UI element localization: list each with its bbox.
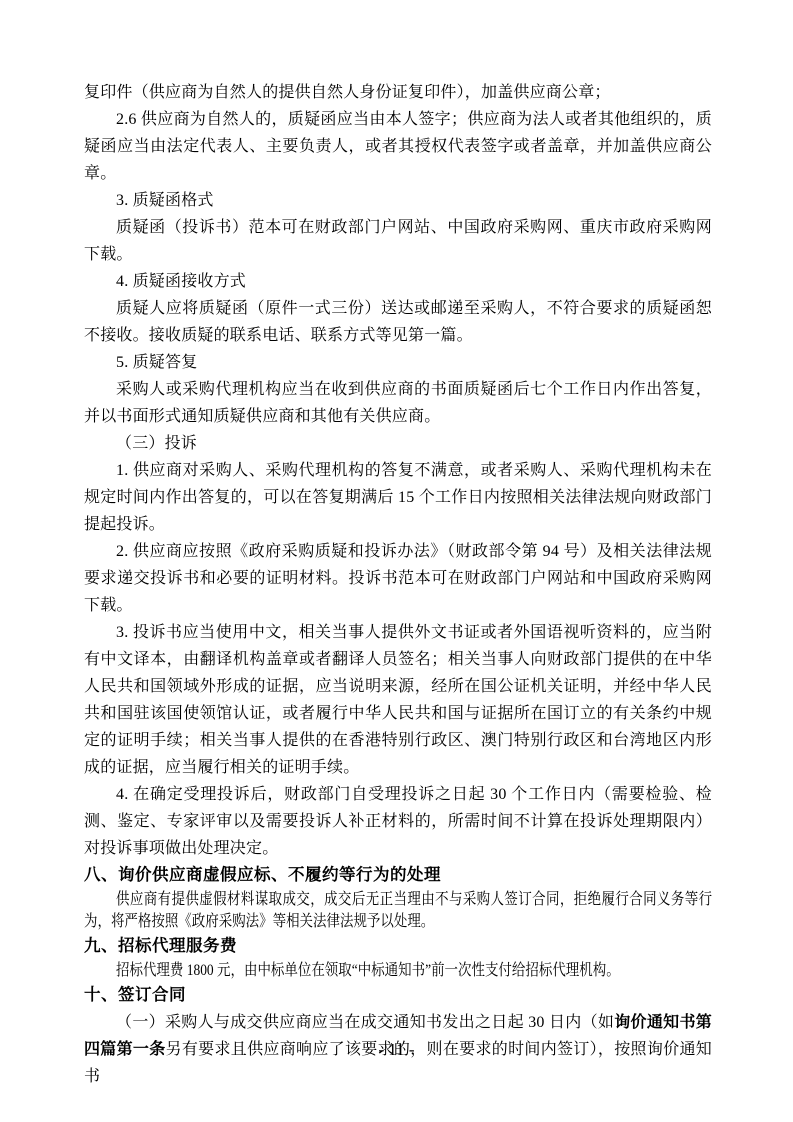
heading-section-8-false-bidding: 八、询价供应商虚假应标、不履约等行为的处理 (84, 862, 712, 889)
paragraph-complaint-3: 3. 投诉书应当使用中文，相关当事人提供外文书证或者外国语视听资料的，应当附有中… (84, 619, 712, 781)
paragraph-5-reply-body: 采购人或采购代理机构应当在收到供应商的书面质疑函后七个工作日内作出答复，并以书面… (84, 376, 712, 430)
paragraph-agency-fee: 招标代理费 1800 元，由中标单位在领取“中标通知书”前一次性支付给招标代理机… (84, 960, 712, 982)
paragraph-complaint-1: 1. 供应商对采购人、采购代理机构的答复不满意，或者采购人、采购代理机构未在规定… (84, 457, 712, 538)
paragraph-3-form-body: 质疑函（投诉书）范本可在财政部门户网站、中国政府采购网、重庆市政府采购网下载。 (84, 214, 712, 268)
document-page: 复印件（供应商为自然人的提供自然人身份证复印件），加盖供应商公章； 2.6 供应… (0, 0, 793, 1122)
paragraph-2-6-signature: 2.6 供应商为自然人的，质疑函应当由本人签字；供应商为法人或者其他组织的，质疑… (84, 106, 712, 187)
paragraph-5-reply-title: 5. 质疑答复 (84, 349, 712, 376)
document-content: 复印件（供应商为自然人的提供自然人身份证复印件），加盖供应商公章； 2.6 供应… (84, 79, 712, 1090)
heading-section-9-agency-fee: 九、招标代理服务费 (84, 933, 712, 960)
contract-text-pre: （一）采购人与成交供应商应当在成交通知书发出之日起 30 日内（如 (116, 1014, 614, 1031)
paragraph-copy-continuation: 复印件（供应商为自然人的提供自然人身份证复印件），加盖供应商公章； (84, 79, 712, 106)
heading-section-10-contract: 十、签订合同 (84, 982, 712, 1009)
paragraph-complaint-title: （三）投诉 (84, 430, 712, 457)
paragraph-4-receive-title: 4. 质疑函接收方式 (84, 268, 712, 295)
page-number: - 11 - (0, 1040, 793, 1060)
paragraph-false-bidding-penalty: 供应商有提供虚假材料谋取成交，成交后无正当理由不与采购人签订合同，拒绝履行合同义… (84, 889, 712, 933)
paragraph-4-receive-body: 质疑人应将质疑函（原件一式三份）送达或邮递至采购人，不符合要求的质疑函恕不接收。… (84, 295, 712, 349)
paragraph-complaint-2: 2. 供应商应按照《政府采购质疑和投诉办法》（财政部令第 94 号）及相关法律法… (84, 538, 712, 619)
paragraph-complaint-4: 4. 在确定受理投诉后，财政部门自受理投诉之日起 30 个工作日内（需要检验、检… (84, 781, 712, 862)
paragraph-3-form-title: 3. 质疑函格式 (84, 187, 712, 214)
